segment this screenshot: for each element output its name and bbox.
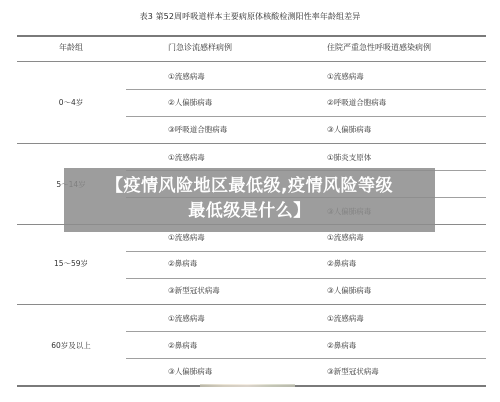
table-cell: ③新型冠状病毒 <box>327 367 379 377</box>
group-divider <box>17 143 486 144</box>
group-divider <box>17 304 486 305</box>
table-cell: ①流感病毒 <box>168 314 205 324</box>
header-age-group: 年龄组 <box>17 43 125 53</box>
header-rule <box>17 61 486 62</box>
row-divider <box>126 116 486 117</box>
headline-line-2: 最低级是什么】 <box>64 199 435 224</box>
table-cell: ①流感病毒 <box>168 72 205 82</box>
row-divider <box>126 278 486 279</box>
table-cell: ①流感病毒 <box>327 72 364 82</box>
row-divider <box>126 89 486 90</box>
header-inpatient: 住院严重急性呼吸道感染病例 <box>327 43 431 53</box>
table-cell: ②人偏肺病毒 <box>168 98 212 108</box>
table-cell: ③人偏肺病毒 <box>168 367 212 377</box>
headline-overlay: 【疫情风险地区最低级,疫情风险等级 最低级是什么】 <box>64 168 435 232</box>
table-cell: ①流感病毒 <box>168 153 205 163</box>
header-outpatient: 门急诊流感样病例 <box>168 43 232 53</box>
table-cell: ①流感病毒 <box>168 233 205 243</box>
row-divider <box>126 358 486 359</box>
age-group-0-4: 0～4岁 <box>17 98 125 108</box>
table-cell: ②鼻病毒 <box>327 259 356 269</box>
table-cell: ②鼻病毒 <box>168 341 197 351</box>
table-cell: ③新型冠状病毒 <box>168 286 220 296</box>
age-group-60-plus: 60岁及以上 <box>17 341 125 351</box>
image-bottom-strip <box>200 384 295 387</box>
table-cell: ③人偏肺病毒 <box>327 286 371 296</box>
table-cell: ②鼻病毒 <box>168 259 197 269</box>
table-cell: ①流感病毒 <box>327 233 364 243</box>
age-group-15-59: 15～59岁 <box>17 259 125 269</box>
table-cell: ②鼻病毒 <box>327 341 356 351</box>
table-cell: ①肺炎支原体 <box>327 153 371 163</box>
row-divider <box>126 251 486 252</box>
table-cell: ①流感病毒 <box>327 314 364 324</box>
row-divider <box>126 331 486 332</box>
table-cell: ③人偏肺病毒 <box>327 125 371 135</box>
table-cell: ②呼吸道合胞病毒 <box>327 98 386 108</box>
table-title: 表3 第52周呼吸道样本主要病原体核酸检测阳性率年龄组差异 <box>0 11 500 22</box>
headline-line-1: 【疫情风险地区最低级,疫情风险等级 <box>64 174 435 199</box>
table-cell: ③呼吸道合胞病毒 <box>168 125 227 135</box>
table-top-rule <box>17 35 486 37</box>
